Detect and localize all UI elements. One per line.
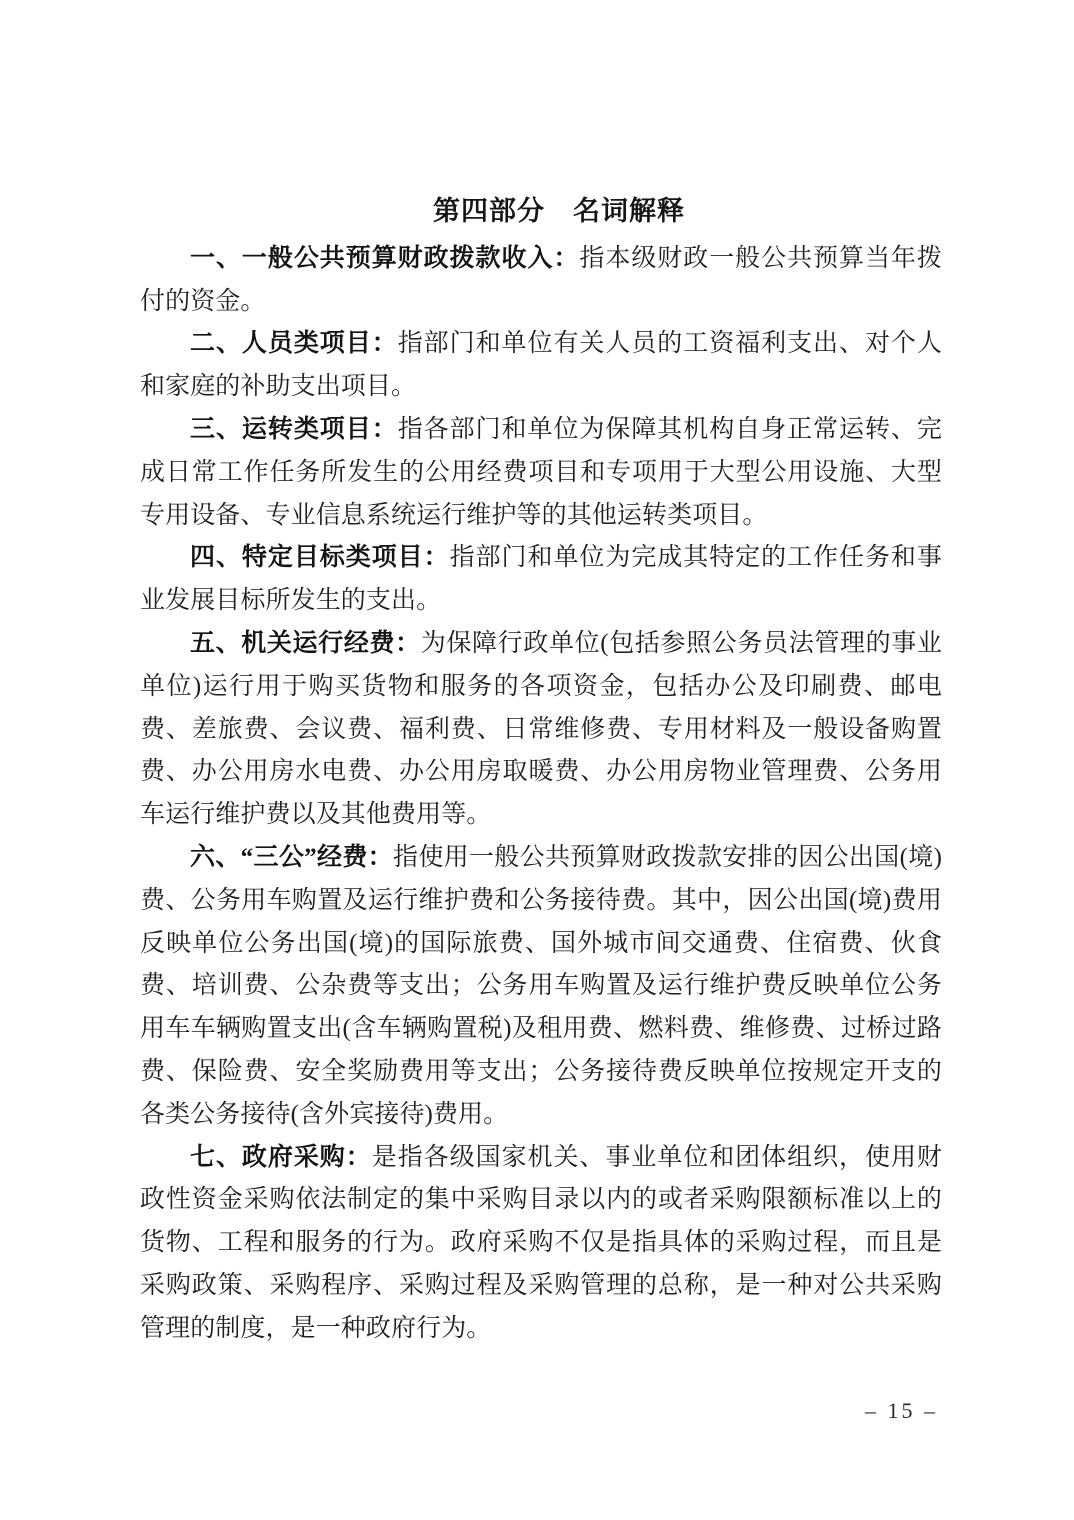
paragraph-1: 一、一般公共预算财政拨款收入：指本级财政一般公共预算当年拨付的资金。	[140, 238, 942, 324]
paragraph-4: 四、特定目标类项目：指部门和单位为完成其特定的工作任务和事业发展目标所发生的支出…	[140, 537, 942, 623]
term-definition-5: 为保障行政单位(包括参照公务员法管理的事业单位)运行用于购买货物和服务的各项资金…	[140, 630, 942, 828]
document-page: 第四部分 名词解释 一、一般公共预算财政拨款收入：指本级财政一般公共预算当年拨付…	[0, 0, 1074, 1520]
paragraph-7: 七、政府采购：是指各级国家机关、事业单位和团体组织，使用财政性资金采购依法制定的…	[140, 1137, 942, 1351]
paragraph-5: 五、机关运行经费：为保障行政单位(包括参照公务员法管理的事业单位)运行用于购买货…	[140, 623, 942, 837]
term-definition-7: 是指各级国家机关、事业单位和团体组织，使用财政性资金采购依法制定的集中采购目录以…	[140, 1144, 942, 1342]
term-label-4: 四、特定目标类项目：	[190, 544, 450, 571]
paragraph-2: 二、人员类项目：指部门和单位有关人员的工资福利支出、对个人和家庭的补助支出项目。	[140, 323, 942, 409]
section-title: 第四部分 名词解释	[140, 190, 942, 233]
term-label-6: 六、“三公”经费：	[190, 844, 393, 871]
term-definition-6: 指使用一般公共预算财政拨款安排的因公出国(境)费、公务用车购置及运行维护费和公务…	[140, 844, 942, 1128]
term-label-5: 五、机关运行经费：	[190, 630, 421, 657]
term-label-7: 七、政府采购：	[190, 1144, 372, 1171]
page-number: – 15 –	[865, 1398, 938, 1424]
document-body: 第四部分 名词解释 一、一般公共预算财政拨款收入：指本级财政一般公共预算当年拨付…	[140, 190, 942, 1351]
term-label-3: 三、运转类项目：	[190, 416, 398, 443]
paragraph-3: 三、运转类项目：指各部门和单位为保障其机构自身正常运转、完成日常工作任务所发生的…	[140, 409, 942, 537]
term-label-1: 一、一般公共预算财政拨款收入：	[190, 245, 579, 272]
paragraph-6: 六、“三公”经费：指使用一般公共预算财政拨款安排的因公出国(境)费、公务用车购置…	[140, 837, 942, 1137]
term-label-2: 二、人员类项目：	[190, 330, 398, 357]
